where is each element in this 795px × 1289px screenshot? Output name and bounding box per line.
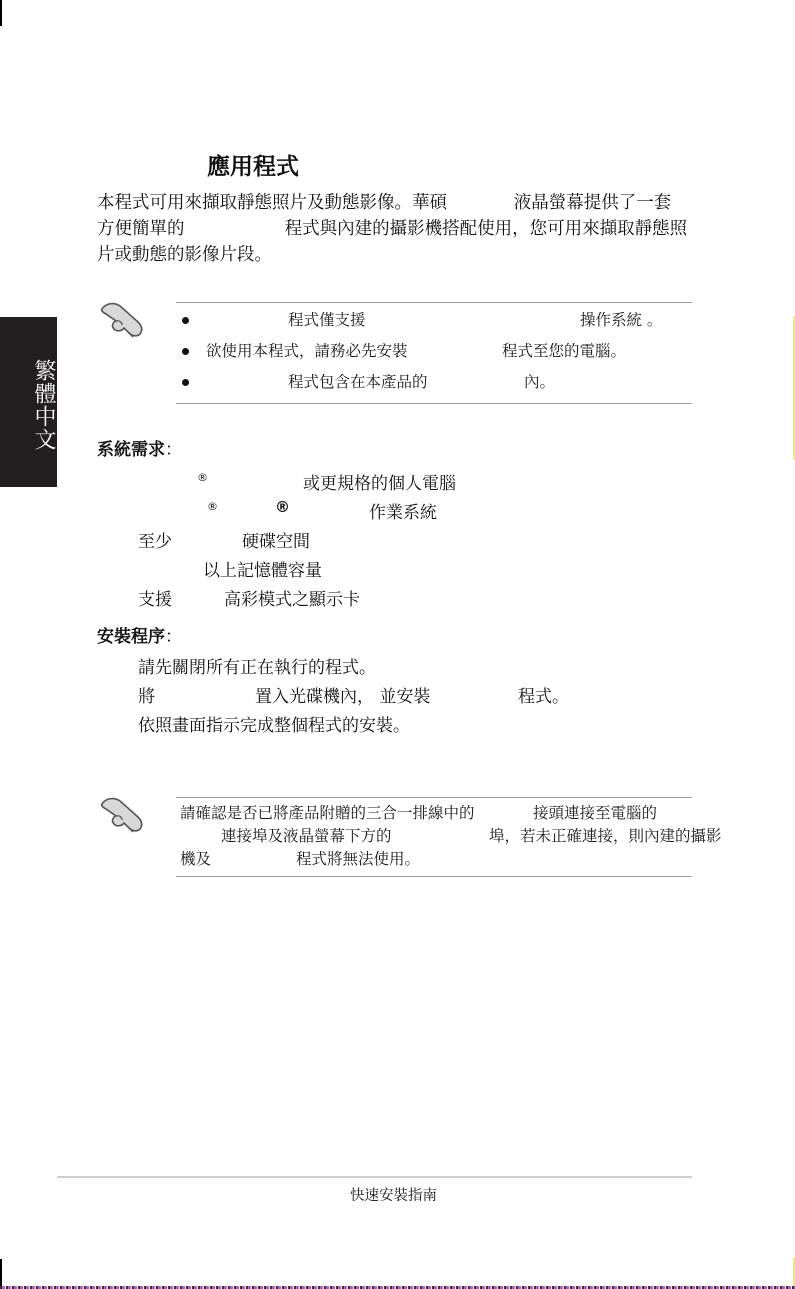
footer-divider [57, 1176, 692, 1178]
intro-line: 方便簡單的 程式與內建的攝影機搭配使用，您可用來擷取靜態照 [97, 216, 697, 242]
crop-mark-bottom-left [0, 1259, 2, 1287]
installation-heading-text: 安裝程序 [97, 627, 165, 647]
requirement-text: 以上記憶體容量 [203, 556, 322, 581]
step-text: 請先關閉所有正在執行的程式。 [138, 653, 376, 678]
step-text: 將 [138, 682, 155, 707]
requirement-text: 高彩模式之顯示卡 [224, 585, 360, 610]
bullet-icon [182, 379, 189, 386]
pointing-hand-icon [98, 300, 148, 340]
requirement-item: ® 或更規格的個人電腦 [97, 469, 697, 498]
note-bullet-item: 欲使用本程式，請務必先安裝 程式至您的電腦。 [176, 337, 692, 368]
note-text: 欲使用本程式，請務必先安裝 [206, 337, 408, 365]
installation-heading: 安裝程序： [97, 622, 182, 647]
note-bullet-item: 程式包含在本產品的 內。 [176, 368, 692, 399]
note-line: 請確認是否已將產品附贈的三合一排線中的 接頭連接至電腦的 [178, 802, 692, 825]
requirement-prefix: 至少 [138, 527, 172, 552]
requirement-prefix: 支援 [138, 585, 172, 610]
note-text: 接頭連接至電腦的 [533, 802, 657, 825]
intro-line: 片或動態的影像片段。 [97, 242, 697, 268]
requirements-heading-text: 系統需求 [97, 440, 165, 460]
note-box: 程式僅支援 操作系統 。 欲使用本程式，請務必先安裝 程式至您的電腦。 程式包含… [176, 302, 692, 404]
section-title: 應用程式 [207, 148, 299, 181]
intro-line: 本程式可用來擷取靜態照片及動態影像。華碩 液晶螢幕提供了一套 [97, 190, 697, 216]
requirement-item: 以上記憶體容量 [97, 556, 697, 585]
crop-mark-top-left [0, 0, 2, 26]
language-side-tab: 繁體中文 [0, 317, 57, 487]
footer-title: 快速安裝指南 [350, 1184, 437, 1205]
pointing-hand-icon [98, 795, 148, 835]
requirement-item: ® ® 作業系統 [97, 498, 697, 527]
installation-step: 依照畫面指示完成整個程式的安裝。 [97, 711, 697, 740]
note-text: 請確認是否已將產品附贈的三合一排線中的 [180, 802, 475, 825]
step-text: 程式。 [518, 682, 569, 707]
note-line: 機及 程式將無法使用。 [178, 848, 692, 871]
requirements-heading: 系統需求： [97, 435, 182, 460]
bullet-icon [182, 348, 189, 355]
note-text: 連接埠及液晶螢幕下方的 [221, 825, 392, 848]
step-text: 依照畫面指示完成整個程式的安裝。 [138, 711, 410, 736]
note-text: 程式包含在本產品的 [288, 368, 428, 396]
note-text: 程式至您的電腦。 [502, 337, 626, 365]
note-text: 程式將無法使用。 [296, 848, 420, 871]
requirement-item: 支援 高彩模式之顯示卡 [97, 585, 697, 614]
registered-mark: ® [207, 500, 218, 513]
requirement-text: 或更規格的個人電腦 [303, 469, 456, 494]
requirements-list: ® 或更規格的個人電腦 ® ® 作業系統 至少 硬碟空間 以上記憶體容量 支援 … [97, 469, 697, 614]
note-text: 操作系統 。 [580, 306, 662, 334]
requirement-text: 硬碟空間 [242, 527, 310, 552]
note-bullet-list: 程式僅支援 操作系統 。 欲使用本程式，請務必先安裝 程式至您的電腦。 程式包含… [176, 306, 692, 399]
heading-colon: ： [165, 627, 182, 647]
language-tab-label: 繁體中文 [28, 359, 59, 451]
installation-step: 請先關閉所有正在執行的程式。 [97, 653, 697, 682]
note-text: 機及 [180, 848, 211, 871]
note-text: 內。 [524, 368, 555, 396]
step-text: 置入光碟機內， 並安裝 [255, 682, 430, 707]
requirement-text: 作業系統 [369, 498, 437, 523]
registered-mark: ® [197, 471, 208, 484]
note-bullet-item: 程式僅支援 操作系統 。 [176, 306, 692, 337]
note-box: 請確認是否已將產品附贈的三合一排線中的 接頭連接至電腦的 連接埠及液晶螢幕下方的… [176, 797, 692, 877]
heading-colon: ： [165, 440, 182, 460]
requirement-item: 至少 硬碟空間 [97, 527, 697, 556]
intro-paragraph: 本程式可用來擷取靜態照片及動態影像。華碩 液晶螢幕提供了一套 方便簡單的 程式與… [97, 190, 697, 268]
note-text: 埠，若未正確連接，則內建的攝影 [489, 825, 722, 848]
note-line: 連接埠及液晶螢幕下方的 埠，若未正確連接，則內建的攝影 [178, 825, 692, 848]
note-text: 程式僅支援 [288, 306, 366, 334]
installation-steps: 請先關閉所有正在執行的程式。 將 置入光碟機內， 並安裝 程式。 依照畫面指示完… [97, 653, 697, 740]
note-text-block: 請確認是否已將產品附贈的三合一排線中的 接頭連接至電腦的 連接埠及液晶螢幕下方的… [178, 802, 692, 871]
bullet-icon [182, 317, 189, 324]
installation-step: 將 置入光碟機內， 並安裝 程式。 [97, 682, 697, 711]
registered-mark: ® [275, 498, 290, 516]
